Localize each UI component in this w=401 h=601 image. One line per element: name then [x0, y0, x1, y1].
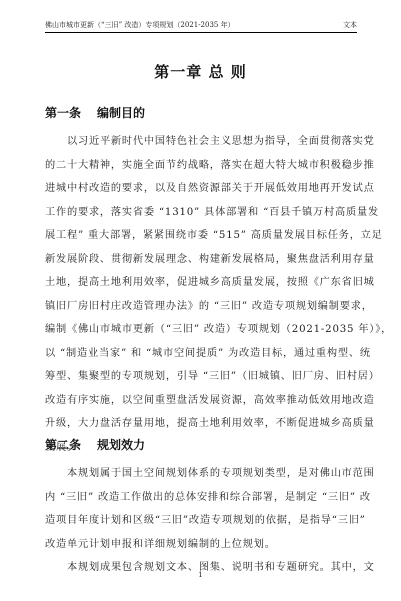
text-line: 展工程” 重大部署，紧紧围绕市委 “515” 高质量发展目标任务，立足 — [45, 224, 358, 248]
text-line: 编制《佛山市城市更新（“三旧” 改造）专项规划（2021-2035 年）》， — [45, 318, 358, 342]
article-heading-1: 第一条编制目的 — [45, 104, 145, 121]
page-header: 佛山市城市更新（“三旧” 改造）专项规划（2021-2035 年） 文本 — [45, 20, 357, 33]
article-number: 第二条 — [45, 436, 97, 453]
article-body-1: 以习近平新时代中国特色社会主义思想为指导，全面贯彻落实党 的二十大精神，实施全面… — [45, 130, 358, 459]
article-title: 规划效力 — [97, 438, 145, 452]
text-line: 改造有序实施，以空间重塑盘活发展资源，高效率推动低效用地改造 — [45, 389, 358, 413]
section-label: 文本 — [343, 20, 357, 31]
text-line: 筹型、集聚型的专项规划，引导 “三旧”（旧城镇、旧厂房、旧村居） — [45, 365, 358, 389]
page-number: 1 — [0, 571, 401, 579]
text-line: 工作的要求，落实省委 “1310” 具体部署和 “百县千镇万村高质量发 — [45, 201, 358, 225]
text-line: 镇旧厂房旧村庄改造管理办法》的 “三旧” 改造专项规划编制要求， — [45, 295, 358, 319]
text-line: 内 “三旧” 改造工作做出的总体安排和综合部署，是制定 “三旧” 改 — [45, 486, 358, 510]
text-line: 本规划属于国土空间规划体系的专项规划类型，是对佛山市范围 — [45, 462, 358, 486]
article-number: 第一条 — [45, 104, 97, 121]
chapter-title: 第一章 总 则 — [0, 61, 401, 82]
text-line: 造项目年度计划和区级“三旧”改造专项规划的依据，是指导“三旧” — [45, 509, 358, 533]
text-line: 土地，提高土地利用效率，促进城乡高质量发展，按照《广东省旧城 — [45, 271, 358, 295]
article-body-2: 本规划属于国土空间规划体系的专项规划类型，是对佛山市范围 内 “三旧” 改造工作… — [45, 462, 358, 580]
text-line: 进城中村改造的要求，以及自然资源部关于开展低效用地再开发试点 — [45, 177, 358, 201]
text-line: 升级，大力盘活存量用地，提高土地利用效率，不断促进城乡高质量 — [45, 412, 358, 436]
text-line: 改造单元计划申报和详细规划编制的上位规划。 — [45, 533, 358, 557]
text-line: 的二十大精神，实施全面节约战略，落实在超大特大城市积极稳步推 — [45, 154, 358, 178]
text-line: 以习近平新时代中国特色社会主义思想为指导，全面贯彻落实党 — [45, 130, 358, 154]
article-heading-2: 第二条规划效力 — [45, 436, 145, 453]
document-title: 佛山市城市更新（“三旧” 改造）专项规划（2021-2035 年） — [45, 20, 235, 31]
article-title: 编制目的 — [97, 106, 145, 120]
text-line: 新发展阶段、贯彻新发展理念、构建新发展格局，聚焦盘活利用存量 — [45, 248, 358, 272]
text-line: 以 “制造业当家” 和 “城市空间提质” 为改造目标，通过重构型、统 — [45, 342, 358, 366]
